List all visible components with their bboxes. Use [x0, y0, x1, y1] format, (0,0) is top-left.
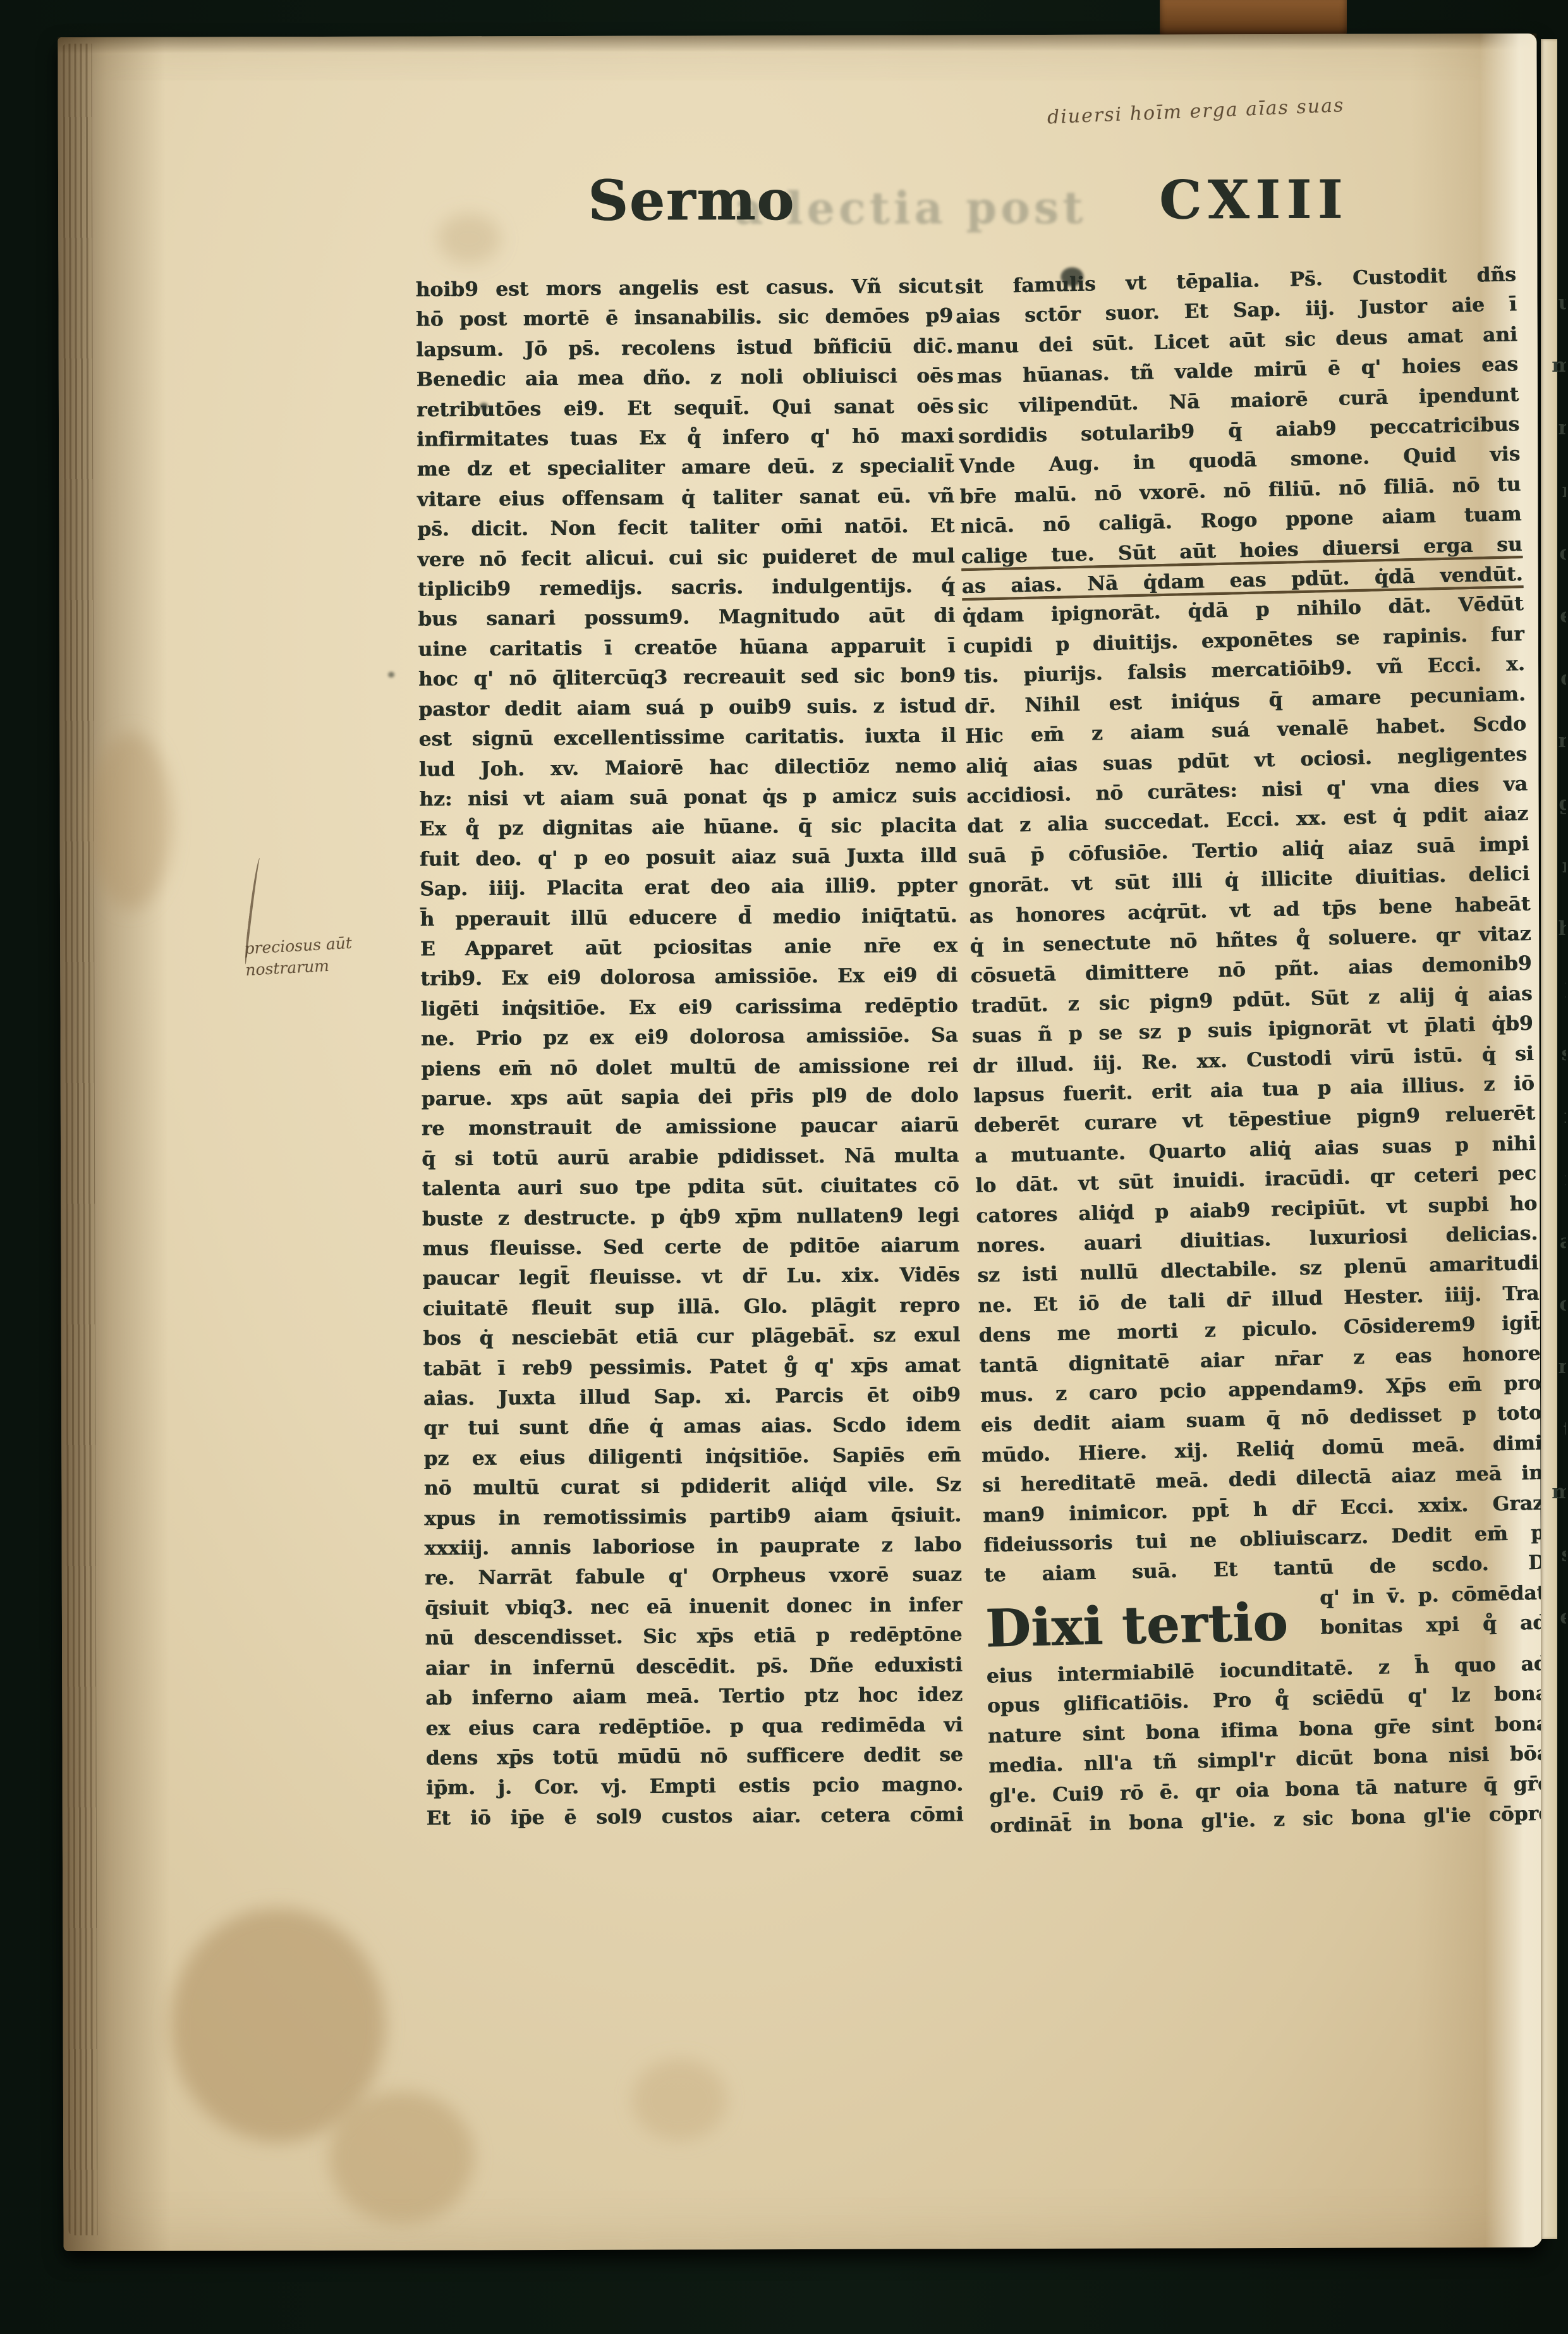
text-line: me dz et specialiter amare deū. z specia… [416, 451, 954, 485]
text-line: a [1537, 1211, 1566, 1273]
text-line: qr tui sunt dñe q̇ amas aias. Scdo idem [423, 1410, 961, 1444]
text-line: i [1537, 1148, 1566, 1211]
text-line: Sap. iiij. Placita erat deo aia illi9. p… [420, 871, 957, 905]
text-line: retributōes ei9. Et sequit̄. Qui sanat o… [416, 391, 954, 425]
text-line: g [1537, 773, 1566, 835]
text-line: o [1537, 522, 1566, 585]
text-line: l [1537, 960, 1566, 1023]
text-line: h [1537, 898, 1566, 960]
text-line: ab inferno aiam meā. Tertio ptz hoc idez [425, 1680, 963, 1714]
text-line: h̄ pperauit illū educere d̄ medio iniq̄t… [420, 901, 957, 934]
text-line: q̄siuit vbiq3. nec eā inuenit donec in i… [425, 1590, 962, 1623]
right-column-lower-lines: eius intermiabilē iocunditatē. z h̄ quo … [986, 1649, 1551, 1842]
text-line: parue. xps aūt sapia dei pr̄is pl9 de do… [421, 1081, 958, 1115]
text-line: ip̄m. j. Cor. vj. Empti estis pcio magno… [426, 1770, 963, 1804]
text-line: fuit deo. q' p eo posuit aiaz suā Juxta … [420, 841, 957, 874]
text-line: E Apparet aūt pciositas anie nr̄e ex [420, 931, 957, 965]
folio-number: CXIII [1159, 168, 1349, 231]
text-line: ex eius cara redēptiōe. p qua redimēda v… [425, 1710, 963, 1744]
text-line: vitare eius offensam q̇ taliter sanat eū… [417, 481, 954, 515]
text-line: tabāt ī reb9 pessimis. Patet g̊ q' xp̄s … [423, 1350, 960, 1384]
text-line: re. Narrāt fabule q' Orpheus vxorē suaz [425, 1560, 962, 1594]
stain [90, 733, 173, 910]
stain [632, 2058, 727, 2141]
text-line: nō multū curat si pdiderit aliq̇d vile. … [424, 1470, 961, 1504]
text-line: f [1537, 1085, 1566, 1148]
text-line: q' in v̄. p. cōmēdat [1320, 1579, 1547, 1614]
text-line: paucar legit̄ fleuisse. vt dr̄ Lu. xix. … [422, 1261, 959, 1294]
gutter-shadow [58, 37, 171, 2251]
text-line: est signū excellentissime caritatis. iux… [418, 721, 956, 755]
clipped-next-page-text: umnroecngrhlsfiaontmse [1537, 272, 1566, 1701]
text-line: o [1537, 1273, 1566, 1336]
text-line: infirmitates tuas Ex q̊ infero q' hō max… [416, 422, 954, 455]
text-line: n [1537, 397, 1566, 460]
text-column-left: hoib9 est mors angelis est casus. Vñ sic… [415, 272, 963, 1834]
text-line: dens xp̄s totū mūdū nō sufficere dedit s… [426, 1740, 963, 1774]
text-line: r [1537, 835, 1566, 898]
text-line: t [1537, 1398, 1566, 1461]
text-line: n [1537, 710, 1566, 773]
text-line: aiar in infernū descēdit. ps̄. Dñe eduxi… [425, 1650, 963, 1683]
text-line: mus fleuisse. Sed certe de pditōe aiarum [422, 1231, 959, 1264]
text-line: bonitas xpi q̊ ad [1320, 1608, 1547, 1644]
text-line: piens em̄ nō dolet multū de amissione re… [421, 1051, 958, 1084]
bottom-page-stack-edge [1285, 2170, 1540, 2245]
page-top-shadow [58, 34, 1536, 54]
text-line: lapsum. Jō ps̄. recolens istud bñficiū d… [416, 331, 953, 365]
right-column-upper-lines: sit famulis vt tēpalia. Ps̄. Custodit dñ… [954, 260, 1545, 1591]
text-line: Ex q̊ pz dignitas aie hūane. q̄ sic plac… [419, 811, 956, 845]
text-line: aias. Juxta illud Sap. xi. Parcis ēt oib… [423, 1381, 961, 1414]
text-line: u [1537, 272, 1566, 334]
text-line: ne. Prio pz ex ei9 dolorosa amissiōe. Sa [421, 1021, 958, 1054]
text-line: bus sanari possum9. Magnitudo aūt di [418, 601, 955, 635]
text-line: xxxiij. annis laboriose in pauprate z la… [424, 1531, 961, 1564]
handwritten-left-margin-note: preciosus aūt nostrarum [244, 928, 435, 981]
text-line: e [1537, 1586, 1566, 1649]
stain [437, 213, 501, 264]
text-line: vere nō fecit alicui. cui sic puideret d… [417, 541, 954, 575]
text-line: m [1537, 1461, 1566, 1524]
section-heading: Dixi tertio [985, 1584, 1321, 1662]
book-page: a lectia post Sermo CXIII diuersi hoīm e… [58, 34, 1542, 2251]
text-line: n [1537, 1336, 1566, 1398]
text-line: hō post mortē ē insanabilis. sic demōes … [416, 302, 953, 335]
text-line: ciuitatē fleuit sup illā. Glo. plāgit re… [423, 1290, 960, 1324]
text-line: s [1537, 1524, 1566, 1586]
section-heading-side-text: q' in v̄. p. cōmēdatbonitas xpi q̊ ad [1320, 1579, 1547, 1644]
text-line: hz: nisi vt aiam suā ponat q̇s p amicz s… [419, 781, 956, 815]
text-line: bos q̇ nesciebāt etiā cur plāgebāt̄. sz … [423, 1321, 960, 1354]
text-line: tiplicib9 remedijs. sacris. indulgentijs… [418, 571, 955, 605]
text-line: nū descendisset. Sic xp̄s etiā p redēptō… [425, 1620, 962, 1654]
text-line: m [1537, 334, 1566, 397]
text-line: lud Joh. xv. Maiorē hac dilectiōz nemo [419, 751, 956, 785]
text-line: r [1537, 460, 1566, 522]
text-line: hoc q' nō q̄litercūq3 recreauit sed sic … [418, 661, 956, 695]
text-line: ps̄. dicit. Non fecit taliter om̄i natōi… [417, 511, 954, 545]
ink-blot [388, 672, 394, 678]
text-line: Benedic aia mea dño. z noli obliuisci oē… [416, 362, 953, 395]
text-column-right: sit famulis vt tēpalia. Ps̄. Custodit dñ… [954, 260, 1551, 1842]
text-line: pastor dedit aiam suá p ouib9 suis. z is… [418, 691, 956, 724]
text-line: uine caritatis ī creatōe hūana apparuit … [418, 632, 955, 665]
text-line: xpus in remotissimis partib9 aiam q̄siui… [424, 1500, 961, 1534]
text-line: c [1537, 647, 1566, 710]
text-line: buste z destructe. p q̇b9 xp̄m nullaten9… [422, 1201, 959, 1234]
text-line: q̄ si totū aurū arabie pdidisset. Nā mul… [422, 1140, 959, 1174]
leather-binding-fragment [1160, 0, 1347, 38]
text-line: re monstrauit de amissione paucar aiarū [422, 1111, 959, 1144]
text-line: talenta auri suo tpe pdita sūt. ciuitate… [422, 1171, 959, 1204]
section-heading-block: Dixi tertio q' in v̄. p. cōmēdatbonitas … [985, 1579, 1547, 1662]
text-line: ligēti inq̇sitiōe. Ex ei9 carissima redē… [420, 991, 957, 1024]
text-line: trib9. Ex ei9 dolorosa amissiōe. Ex ei9 … [420, 961, 957, 994]
stain [329, 2091, 475, 2224]
text-line: Et iō ip̄e ē sol9 custos aiar. cetera cō… [426, 1800, 963, 1833]
text-line: hoib9 est mors angelis est casus. Vñ sic… [415, 272, 952, 305]
text-line: e [1537, 585, 1566, 647]
running-title: Sermo [588, 167, 795, 233]
text-line: pz ex eius diligenti inq̇sitiōe. Sapiēs … [423, 1440, 961, 1474]
text-line: s [1537, 1023, 1566, 1085]
photographed-book-scan: a lectia post Sermo CXIII diuersi hoīm e… [0, 0, 1568, 2334]
